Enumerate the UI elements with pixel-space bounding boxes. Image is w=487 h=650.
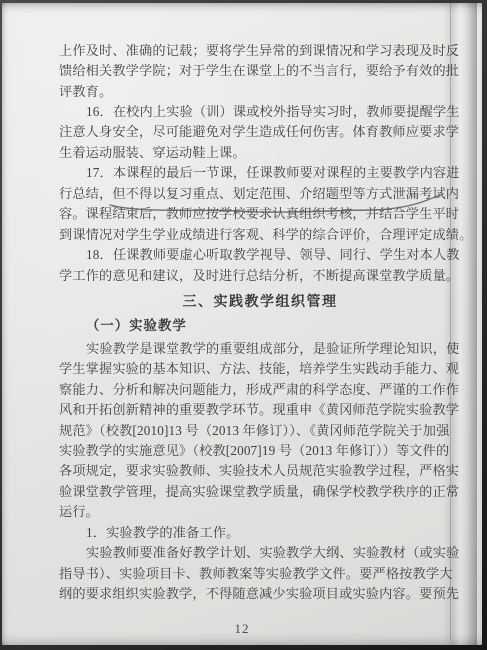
text-line: 各项规定，要求实验教师、实验技术人员规范实验教学过程，严格实 [59,460,461,480]
text-line: 验课堂教学管理，提高实验课堂教学质量，确保学校教学秩序的正常 [59,480,461,500]
text-line: 行总结，但不得以复习重点、划定范围、介绍题型等方式泄漏考试内 [59,182,461,202]
text-line: 察能力、分析和解决问题能力，形成严肃的科学态度、严谨的工作作 [59,378,461,398]
photo-background: 上作及时、准确的记载；要将学生异常的到课情况和学习表现及时反馈给相关教学学院；对… [0,0,487,650]
text-line: 16．在校内上实验（训）课或校外指导实习时，教师要提醒学生 [59,100,461,120]
page-number: 12 [41,621,443,637]
text-line: 容。课程结束后，教师应按学校要求认真组织考核，并结合学生平时 [59,203,461,223]
text-line: 实验教学的实施意见》（校教[2007]19 号（2013 年修订））等文件的 [59,439,461,459]
document-page: 上作及时、准确的记载；要将学生异常的到课情况和学习表现及时反馈给相关教学学院；对… [2,3,482,645]
text-line: 实验教师要准备好教学计划、实验教学大纲、实验教材（或实验 [59,542,461,562]
text-line: 规范》（校教[2010]13 号（2013 年修订））、《黄冈师范学院关于加强 [59,419,461,439]
text-line: 学生掌握实验的基本知识、方法、技能，培养学生实践动手能力、观 [59,358,461,378]
text-line: 上作及时、准确的记载；要将学生异常的到课情况和学习表现及时反 [59,39,461,59]
text-line: 1．实验教学的准备工作。 [59,521,461,541]
text-line: 风和开拓创新精神的重要教学环节。现重申《黄冈师范学院实验教学 [59,398,461,418]
text-line: 生着运动服装、穿运动鞋上课。 [59,141,461,161]
text-line: 到课情况对学生学业成绩进行客观、科学的综合评价，合理评定成绩。 [59,223,461,243]
text-line: 纲的要求组织实验教学，不得随意减少实验项目或实验内容。要预先 [59,582,461,602]
text-line: 评教育。 [59,80,461,100]
text-line: 18．任课教师要虚心听取教学视导、领导、同行、学生对本人教 [59,243,461,263]
text-line: 17．本课程的最后一节课，任课教师要对课程的主要教学内容进 [59,162,461,182]
page-edge-line [450,3,451,641]
text-line: 学工作的意见和建议，及时进行总结分析，不断提高课堂教学质量。 [59,264,461,284]
text-line: 馈给相关教学学院；对于学生在课堂上的不当言行，要给予有效的批 [59,59,461,79]
text-lines-container: 上作及时、准确的记载；要将学生异常的到课情况和学习表现及时反馈给相关教学学院；对… [59,39,461,603]
text-line: 注意人身安全，尽可能避免对学生造成任何伤害。体育教师应要求学 [59,121,461,141]
text-block: 上作及时、准确的记载；要将学生异常的到课情况和学习表现及时反馈给相关教学学院；对… [59,39,461,603]
text-line: 运行。 [59,501,461,521]
text-line: 指导书）、实验项目卡、教师教案等实验教学文件。要严格按教学大 [59,562,461,582]
subsection-heading: （一）实验教学 [59,315,461,335]
text-line: 实验教学是课堂教学的重要组成部分，是验证所学理论知识，使 [59,337,461,357]
section-heading: 三、实践教学组织管理 [59,291,461,311]
